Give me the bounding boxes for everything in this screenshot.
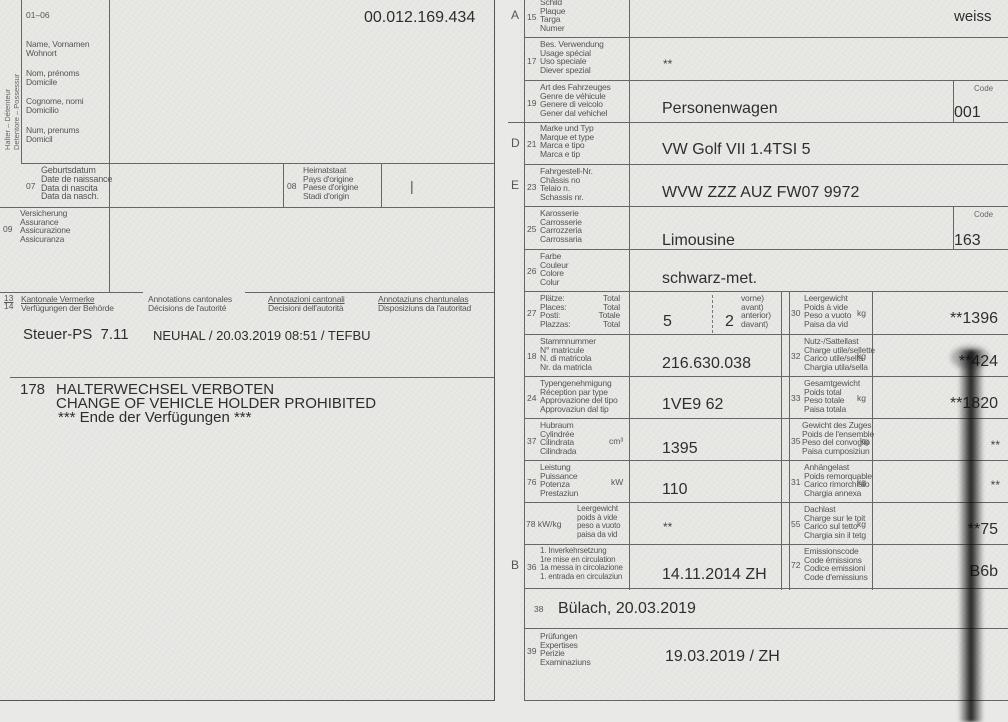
- unit-kg-33: kg: [857, 393, 866, 403]
- field-number-15: 15: [527, 12, 536, 22]
- unit-kg-31: kg: [857, 477, 866, 487]
- unit-cm3: cm³: [609, 436, 623, 446]
- registration-stamp: NEUHAL / 20.03.2019 08:51 / TEFBU: [153, 328, 371, 343]
- displacement-label: HubraumCylindréeCilindrataCilindrada: [540, 421, 576, 455]
- power-weight-unit: 78 kW/kg: [526, 519, 561, 529]
- seats-front-label: vorne)avant)anterior)davant): [741, 294, 771, 328]
- type-approval-label: TypengenehmigungRéception par typeApprov…: [540, 379, 618, 413]
- field-letter-b: B: [511, 558, 519, 572]
- color-label: FarbeCouleurColoreColur: [540, 252, 568, 286]
- field-number-32: 32: [791, 351, 800, 361]
- field-number-36: 36: [527, 562, 536, 572]
- empty-weight-value: **1396: [950, 310, 998, 328]
- birthdate-label: GeburtsdatumDate de naissanceData di nas…: [41, 166, 112, 201]
- field-number-18: 18: [527, 351, 536, 361]
- emission-code-label: EmissionscodeCode émissionsCodice emissi…: [804, 547, 868, 581]
- empty-weight-label: LeergewichtPoids à videPeso a vuotoPaisa…: [804, 294, 851, 328]
- holder-label-fr: Nom, prénomsDomicile: [26, 69, 79, 86]
- code-label-19: Code: [974, 84, 993, 93]
- field-number-76: 76: [527, 477, 536, 487]
- inspection-value: 19.03.2019 / ZH: [665, 648, 780, 666]
- train-weight-value: **: [991, 438, 1000, 452]
- restriction-code: 178: [20, 383, 45, 397]
- seats-front-value: 2: [725, 313, 734, 331]
- special-use-label: Bes. VerwendungUsage spécialUso speciale…: [540, 40, 604, 74]
- field-number-27: 27: [527, 308, 536, 318]
- inspection-label: PrüfungenExpertisesPerizieExaminaziuns: [540, 632, 591, 666]
- field-number-19: 19: [527, 98, 536, 108]
- unit-kg-30: kg: [857, 308, 866, 318]
- seats-label: Plätze:Total Places:Total Posti:Totale P…: [540, 294, 620, 328]
- field-number-72: 72: [791, 560, 800, 570]
- field-number-17: 17: [527, 56, 536, 66]
- seats-divider: [712, 295, 713, 333]
- restriction-end: *** Ende der Verfügungen ***: [58, 411, 251, 425]
- master-number-value: 216.630.038: [662, 355, 751, 373]
- unit-kg-55: kg: [857, 519, 866, 529]
- right-page: A 15 SchildPlaqueTargaNumer weiss 17 Bes…: [520, 0, 1008, 700]
- field-number-38: 38: [534, 604, 543, 614]
- field-letter-d: D: [511, 136, 520, 150]
- unit-kg-32: kg: [857, 351, 866, 361]
- plate-label: SchildPlaqueTargaNumer: [540, 0, 565, 32]
- body-value: Limousine: [662, 232, 735, 250]
- power-value: 110: [662, 481, 688, 499]
- annotations-label-de: Kantonale VermerkeVerfügungen der Behörd…: [21, 295, 114, 312]
- body-label: KarosserieCarrosserieCarrozzeriaCarrossa…: [540, 209, 582, 243]
- field-number-09: 09: [3, 224, 12, 234]
- field-number-39: 39: [527, 646, 536, 656]
- code-label-25: Code: [974, 210, 993, 219]
- field-number-30: 30: [791, 308, 800, 318]
- color-value: schwarz-met.: [662, 270, 757, 288]
- vehicle-type-code: 001: [954, 104, 981, 122]
- holder-label-rm: Num, prenumsDomicil: [26, 126, 79, 143]
- make-model-value: VW Golf VII 1.4TSI 5: [662, 141, 811, 159]
- field-number-23: 23: [527, 182, 536, 192]
- field-number-55: 55: [791, 519, 800, 529]
- field-letter-a: A: [511, 8, 519, 22]
- field-number-37: 37: [527, 436, 536, 446]
- origin-value: |: [410, 178, 414, 194]
- seats-total-value: 5: [663, 313, 672, 331]
- tax-hp: Steuer-PS 7.11: [23, 326, 129, 343]
- make-model-label: Marke und TypMarque et typeMarca e tipoM…: [540, 124, 594, 158]
- total-weight-label: GesamtgewichtPoids totalPeso totalePaisa…: [804, 379, 860, 413]
- field-number-25: 25: [527, 224, 536, 234]
- field-number-24: 24: [527, 393, 536, 403]
- annotations-label-it: Annotazioni cantonaliDecisioni dell'auto…: [268, 295, 345, 312]
- power-weight-value: **: [663, 520, 672, 534]
- power-label: LeistungPuissancePotenzaPrestaziun: [540, 463, 578, 497]
- holder-label-it: Cognome, nomiDomicilio: [26, 97, 83, 114]
- annotations-label-fr: Annotations cantonalesDécisions de l'aut…: [148, 295, 232, 312]
- special-use-value: **: [663, 57, 672, 71]
- field-number-35: 35: [791, 436, 800, 446]
- origin-label: HeimatstaatPays d'originePaese d'origine…: [303, 166, 358, 200]
- plate-value: weiss: [954, 8, 992, 25]
- field-letter-e: E: [511, 178, 519, 192]
- master-number-label: StammnummerN° matriculeN. di matricolaNr…: [540, 337, 596, 371]
- insurance-label: VersicherungAssuranceAssicurazioneAssicu…: [20, 209, 70, 243]
- field-number-08: 08: [287, 181, 296, 191]
- field-number-26: 26: [527, 266, 536, 276]
- field-number-07: 07: [26, 181, 35, 191]
- towing-load-value: **: [991, 478, 1000, 492]
- field-number-13-14: 1314: [4, 294, 13, 310]
- first-registration-label: 1. Inverkehrsetzung1re mise en circulati…: [540, 547, 623, 581]
- vehicle-type-value: Personenwagen: [662, 100, 778, 118]
- document-number: 00.012.169.434: [364, 9, 475, 27]
- vehicle-type-label: Art des FahrzeugesGenre de véhiculeGener…: [540, 83, 611, 117]
- holder-vertical-label: Halter – Détenteur: [3, 89, 12, 150]
- holder-label-de: Name, VornamenWohnort: [26, 40, 89, 57]
- field-number-21: 21: [527, 139, 536, 149]
- chassis-number-value: WVW ZZZ AUZ FW07 9972: [662, 184, 859, 202]
- annotations-label-rm: Annotaziuns chantunalasDisposiziuns da l…: [378, 295, 471, 312]
- left-page: Halter – Détenteur Detentore – Possessur…: [0, 0, 495, 701]
- unit-kg-35: kg: [860, 436, 869, 446]
- unit-kw: kW: [611, 477, 623, 487]
- field-number-01-06: 01–06: [26, 10, 50, 20]
- holder-vertical-label-2: Detentore – Possessur: [12, 74, 21, 150]
- first-registration-value: 14.11.2014 ZH: [662, 566, 767, 584]
- chassis-label: Fahrgestell-Nr.Châssis noTelaio n.Schass…: [540, 167, 593, 201]
- scan-ink-smear: [958, 350, 984, 722]
- issue-place-date: Bülach, 20.03.2019: [558, 600, 696, 618]
- displacement-value: 1395: [662, 440, 698, 458]
- type-approval-value: 1VE9 62: [662, 396, 723, 414]
- field-number-31: 31: [791, 477, 800, 487]
- power-weight-label: Leergewichtpoids à videpeso a vuotopaisa…: [577, 505, 620, 539]
- body-code: 163: [954, 232, 981, 250]
- field-number-33: 33: [791, 393, 800, 403]
